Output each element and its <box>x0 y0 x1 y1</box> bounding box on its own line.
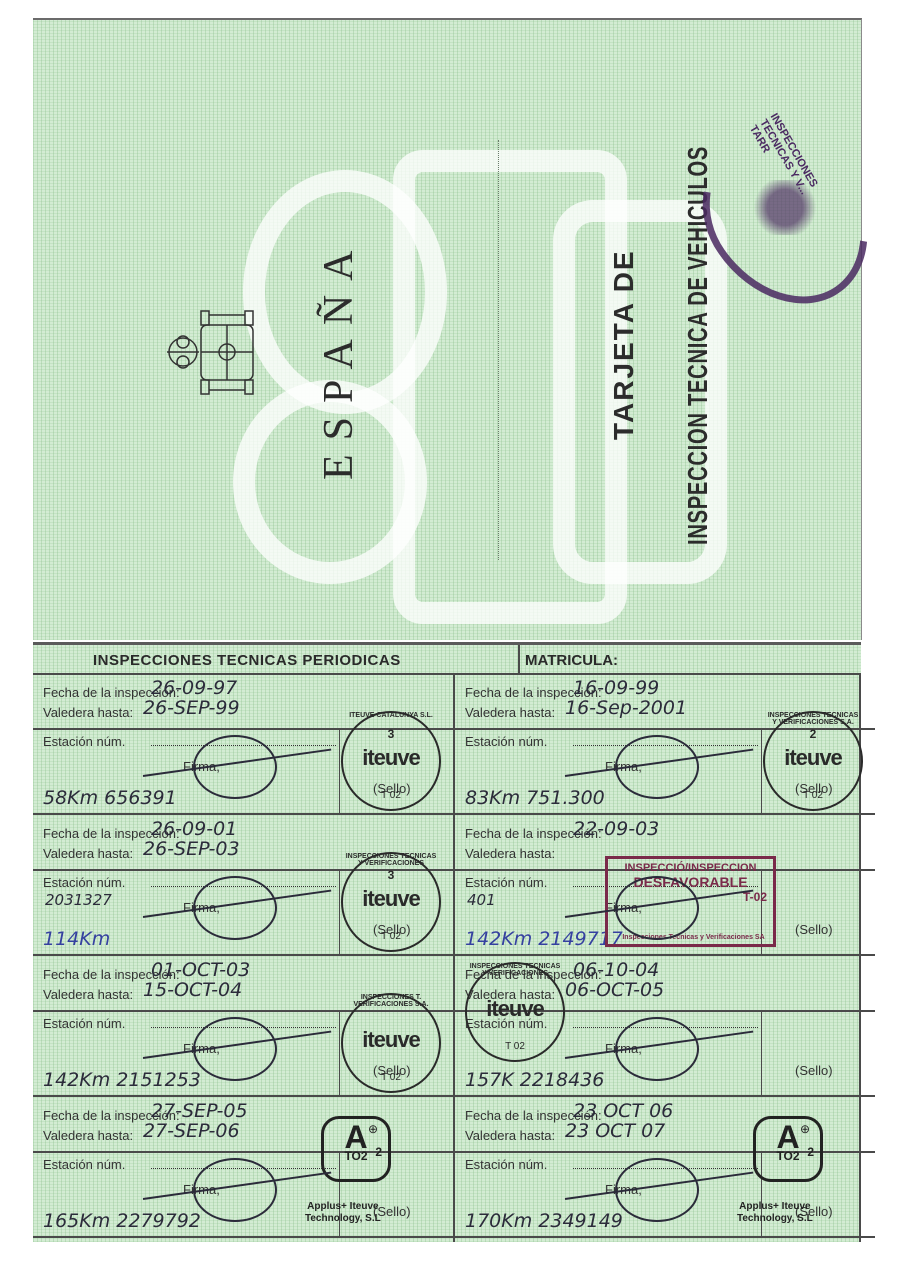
seal-column-divider <box>339 728 340 815</box>
plus-icon: ⊕ <box>800 1122 810 1136</box>
odometer-reading: 142Km 2151253 <box>43 1069 201 1091</box>
stamp-ring-text: INSPECCIONES TECNICAS Y VERIFICACIONES S… <box>765 712 861 726</box>
iteuve-round-stamp: INSPECCIONES TECNICAS Y VERIFICACIONES3i… <box>341 852 441 952</box>
applus-caption: Applus+ IteuveTechnology, S.L <box>305 1201 381 1225</box>
stamp-number: 3 <box>343 868 439 882</box>
iteuve-logo: iteuve <box>343 886 439 912</box>
valid-until-label: Valedera hasta: <box>465 1128 555 1143</box>
country-title: ESPAÑA <box>315 236 363 480</box>
stamp-code: T 02 <box>343 790 439 801</box>
stamp-code: T 02 <box>765 790 861 801</box>
inspection-date-value: 06-10-04 <box>573 959 659 981</box>
inspection-date-value: 26-09-97 <box>151 677 237 699</box>
odometer-reading: 83Km 751.300 <box>465 787 605 809</box>
seal-column-divider <box>761 1010 762 1097</box>
inspection-date-value: 26-09-01 <box>151 818 237 840</box>
inspection-entry: Fecha de la inspección: 27-SEP-05 Valede… <box>33 1098 453 1238</box>
inspection-entry: Fecha de la inspección: 26-09-01 Valeder… <box>33 816 453 956</box>
caption-line2: Technology, S.L <box>737 1213 813 1225</box>
inspection-date-value: 16-09-99 <box>573 677 659 699</box>
matricula-label: MATRICULA: <box>525 652 618 669</box>
iteuve-round-stamp: ITEUVE CATALUNYA S.L.3iteuveT 02 <box>341 711 441 811</box>
station-number-label: Estación núm. <box>465 734 547 749</box>
odometer-reading: 114Km <box>43 928 110 950</box>
inspection-entry: Fecha de la inspección: 22-09-03 Valeder… <box>455 816 875 956</box>
row-divider <box>455 1236 875 1238</box>
iteuve-round-stamp: INSPECCIONES TECNICAS Y VERIFICACIONES S… <box>763 711 863 811</box>
row-divider <box>33 1236 453 1238</box>
row-divider <box>33 954 453 956</box>
iteuve-logo: iteuve <box>343 1027 439 1053</box>
form-header: INSPECCIONES TECNICAS PERIODICAS MATRICU… <box>33 645 861 675</box>
station-number-value: 401 <box>467 891 496 909</box>
stamp-code: T 02 <box>343 1072 439 1083</box>
stamp-code: T 02 <box>343 931 439 942</box>
odometer-reading: 58Km 656391 <box>43 787 177 809</box>
iteuve-round-stamp: INSPECCIONES T. VERIFICACIONES S.A.iteuv… <box>341 993 441 1093</box>
inspection-entry: Fecha de la inspección: 16-09-99 Valeder… <box>455 675 875 815</box>
valid-until-label: Valedera hasta: <box>465 846 555 861</box>
odometer-reading: 165Km 2279792 <box>43 1210 201 1232</box>
station-number-label: Estación núm. <box>465 875 547 890</box>
plus-icon: ⊕ <box>368 1122 378 1136</box>
valid-until-label: Valedera hasta: <box>43 987 133 1002</box>
valid-until-value: 26-SEP-99 <box>143 697 240 719</box>
iteuve-round-stamp: INSPECCIONES TECNICAS Y VERIFICACIONESit… <box>465 962 565 1062</box>
valid-until-value: 23 OCT 07 <box>565 1120 665 1142</box>
inspection-entry: Fecha de la inspección: 23 OCT 06 Valede… <box>455 1098 875 1238</box>
row-divider <box>455 954 875 956</box>
card-title-line1: TARJETA DE <box>608 249 640 440</box>
station-number-label: Estación núm. <box>43 734 125 749</box>
station-number-label: Estación núm. <box>43 1016 125 1031</box>
stamp-code: T 02 <box>467 1041 563 1052</box>
seal-column-divider <box>339 1010 340 1097</box>
valid-until-label: Valedera hasta: <box>43 846 133 861</box>
row-divider <box>455 813 875 815</box>
seal-column-divider <box>761 728 762 815</box>
caption-line1: Applus+ Iteuve <box>305 1201 381 1213</box>
valid-until-value: 26-SEP-03 <box>143 838 240 860</box>
odometer-reading: 157K 2218436 <box>465 1069 604 1091</box>
stamp-ring-text: ITEUVE CATALUNYA S.L. <box>343 712 439 719</box>
inspection-entry: Fecha de la inspección: 26-09-97 Valeder… <box>33 675 453 815</box>
applus-stamp: ⊕A2TO2 <box>753 1116 823 1182</box>
valid-until-value: 06-OCT-05 <box>565 979 664 1001</box>
stamp-ring-text: INSPECCIONES TECNICAS Y VERIFICACIONES <box>343 853 439 867</box>
valid-until-label: Valedera hasta: <box>43 705 133 720</box>
row-divider <box>455 1095 875 1097</box>
station-number-label: Estación núm. <box>43 875 125 890</box>
valid-until-value: 16-Sep-2001 <box>565 697 687 719</box>
stamp-ring-text: INSPECCIONES TECNICAS Y VERIFICACIONES <box>467 963 563 977</box>
inspection-date-value: 01-OCT-03 <box>151 959 250 981</box>
iteuve-logo: iteuve <box>467 996 563 1022</box>
odometer-reading: 170Km 2349149 <box>465 1210 623 1232</box>
header-divider <box>518 645 520 673</box>
iteuve-logo: iteuve <box>765 745 861 771</box>
stamp-ring-text: INSPECCIONES T. VERIFICACIONES S.A. <box>343 994 439 1008</box>
applus-caption: Applus+ IteuveTechnology, S.L <box>737 1201 813 1225</box>
iteuve-logo: iteuve <box>343 745 439 771</box>
valid-until-label: Valedera hasta: <box>465 705 555 720</box>
inspection-date-value: 22-09-03 <box>573 818 659 840</box>
station-number-label: Estación núm. <box>43 1157 125 1172</box>
row-divider <box>33 1095 453 1097</box>
inspection-date-value: 23 OCT 06 <box>573 1100 673 1122</box>
fold-line <box>498 140 499 560</box>
row-divider <box>33 813 453 815</box>
seal-label: (Sello) <box>795 922 833 937</box>
inspection-entry: Fecha de la inspección: 01-OCT-03 Valede… <box>33 957 453 1097</box>
inspection-entry: Fecha de la inspección: 06-10-04 Valeder… <box>455 957 875 1097</box>
station-number-label: Estación núm. <box>465 1157 547 1172</box>
card-cover <box>33 18 862 640</box>
seal-label: (Sello) <box>795 1063 833 1078</box>
caption-line2: Technology, S.L <box>305 1213 381 1225</box>
odometer-reading: 142Km 2149717 <box>465 928 623 950</box>
seal-column-divider <box>339 869 340 956</box>
stamp-number: 2 <box>375 1145 382 1159</box>
valid-until-value: 27-SEP-06 <box>143 1120 240 1142</box>
inspection-form: INSPECCIONES TECNICAS PERIODICAS MATRICU… <box>33 642 861 1242</box>
station-number-value: 2031327 <box>45 891 112 909</box>
periodic-inspections-heading: INSPECCIONES TECNICAS PERIODICAS <box>93 652 401 669</box>
stamp-number: 3 <box>343 727 439 741</box>
coat-of-arms-icon <box>165 305 260 400</box>
stamp-number: 2 <box>765 727 861 741</box>
valid-until-label: Valedera hasta: <box>43 1128 133 1143</box>
inspection-date-value: 27-SEP-05 <box>151 1100 248 1122</box>
applus-stamp: ⊕A2TO2 <box>321 1116 391 1182</box>
valid-until-value: 15-OCT-04 <box>143 979 242 1001</box>
stamp-line1: INSPECCIÓ/INSPECCION <box>608 862 773 874</box>
stamp-number: 2 <box>807 1145 814 1159</box>
caption-line1: Applus+ Iteuve <box>737 1201 813 1213</box>
